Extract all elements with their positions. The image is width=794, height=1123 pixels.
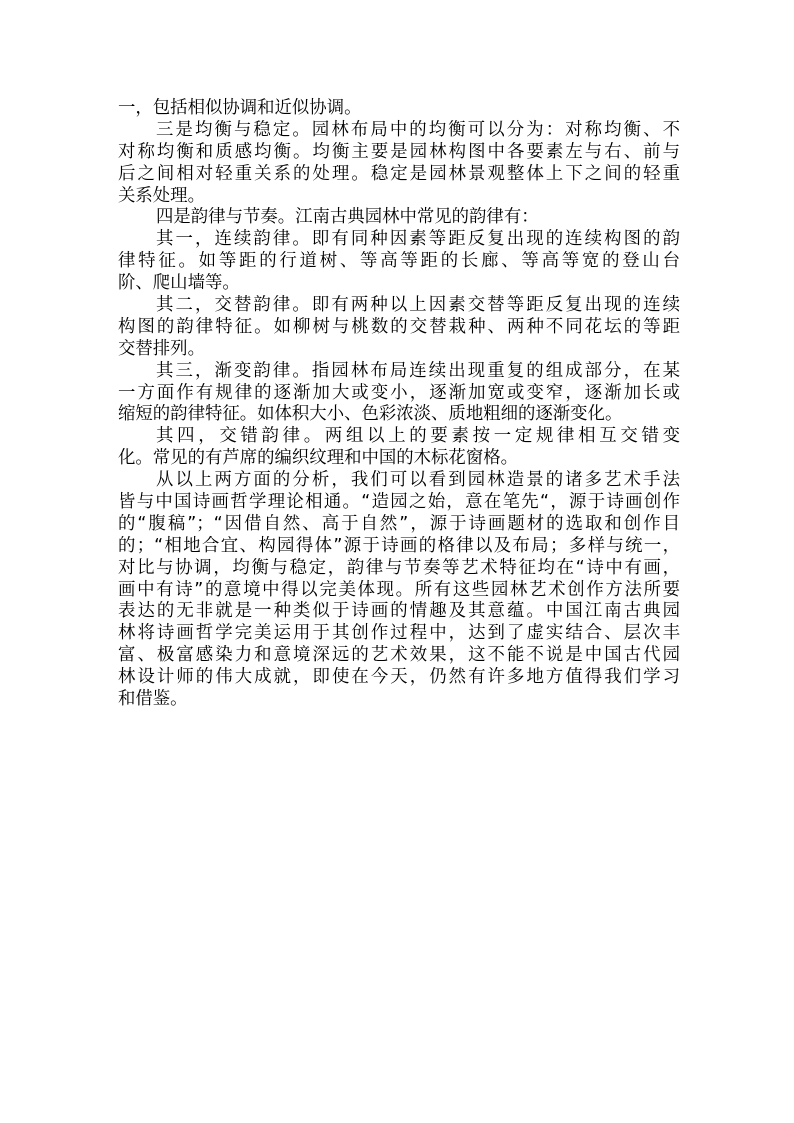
text-line: 林将诗画哲学完美运用于其创作过程中，达到了虚实结合、层次丰 — [118, 623, 680, 645]
text-line: 阶、爬山墙等。 — [118, 273, 680, 295]
text-line: 林设计师的伟大成就，即使在今天，仍然有许多地方值得我们学习 — [118, 667, 680, 689]
text-line: 后之间相对轻重关系的处理。稳定是园林景观整体上下之间的轻重 — [118, 164, 680, 186]
text-line: 对称均衡和质感均衡。均衡主要是园林构图中各要素左与右、前与 — [118, 142, 680, 164]
text-line: 对比与协调，均衡与稳定，韵律与节奏等艺术特征均在“诗中有画， — [118, 558, 680, 580]
paragraph: 其四，交错韵律。两组以上的要素按一定规律相互交错变 化。常见的有芦席的编织纹理和… — [118, 426, 680, 470]
text-line: 从以上两方面的分析，我们可以看到园林造景的诸多艺术手法 — [118, 470, 680, 492]
text-line: 的；“相地合宜、构园得体”源于诗画的格律以及布局；多样与统一， — [118, 536, 680, 558]
paragraph: 四是韵律与节奏。江南古典园林中常见的韵律有： — [118, 207, 680, 229]
paragraph: 其二，交替韵律。即有两种以上因素交替等距反复出现的连续 构图的韵律特征。如柳树与… — [118, 295, 680, 361]
text-line: 律特征。如等距的行道树、等高等距的长廊、等高等宽的登山台 — [118, 251, 680, 273]
text-line: 关系处理。 — [118, 186, 680, 208]
text-line: 皆与中国诗画哲学理论相通。“造园之始，意在笔先“，源于诗画创作 — [118, 492, 680, 514]
text-line: 缩短的韵律特征。如体积大小、色彩浓淡、质地粗细的逐渐变化。 — [118, 404, 680, 426]
text-line: 三是均衡与稳定。园林布局中的均衡可以分为：对称均衡、不 — [118, 120, 680, 142]
paragraph: 其三，渐变韵律。指园林布局连续出现重复的组成部分，在某 一方面作有规律的逐渐加大… — [118, 361, 680, 427]
text-line: 的“腹稿”；“因借自然、高于自然”，源于诗画题材的选取和创作目 — [118, 514, 680, 536]
text-line: 四是韵律与节奏。江南古典园林中常见的韵律有： — [118, 207, 680, 229]
text-line: 交替排列。 — [118, 339, 680, 361]
text-line: 和借鉴。 — [118, 689, 680, 711]
text-line: 化。常见的有芦席的编织纹理和中国的木标花窗格。 — [118, 448, 680, 470]
text-line: 构图的韵律特征。如柳树与桃数的交替栽种、两种不同花坛的等距 — [118, 317, 680, 339]
text-line: 其一，连续韵律。即有同种因素等距反复出现的连续构图的韵 — [118, 229, 680, 251]
text-line: 表达的无非就是一种类似于诗画的情趣及其意蕴。中国江南古典园 — [118, 601, 680, 623]
paragraph: 从以上两方面的分析，我们可以看到园林造景的诸多艺术手法 皆与中国诗画哲学理论相通… — [118, 470, 680, 711]
text-line: 一，包括相似协调和近似协调。 — [118, 98, 680, 120]
text-line: 其四，交错韵律。两组以上的要素按一定规律相互交错变 — [118, 426, 680, 448]
text-line: 一方面作有规律的逐渐加大或变小，逐渐加宽或变窄，逐渐加长或 — [118, 383, 680, 405]
paragraph: 一，包括相似协调和近似协调。 — [118, 98, 680, 120]
text-line: 富、极富感染力和意境深远的艺术效果，这不能不说是中国古代园 — [118, 645, 680, 667]
document-page: 一，包括相似协调和近似协调。 三是均衡与稳定。园林布局中的均衡可以分为：对称均衡… — [118, 98, 680, 711]
paragraph: 三是均衡与稳定。园林布局中的均衡可以分为：对称均衡、不 对称均衡和质感均衡。均衡… — [118, 120, 680, 208]
text-line: 其二，交替韵律。即有两种以上因素交替等距反复出现的连续 — [118, 295, 680, 317]
text-line: 画中有诗”的意境中得以完美体现。所有这些园林艺术创作方法所要 — [118, 580, 680, 602]
paragraph: 其一，连续韵律。即有同种因素等距反复出现的连续构图的韵 律特征。如等距的行道树、… — [118, 229, 680, 295]
text-line: 其三，渐变韵律。指园林布局连续出现重复的组成部分，在某 — [118, 361, 680, 383]
